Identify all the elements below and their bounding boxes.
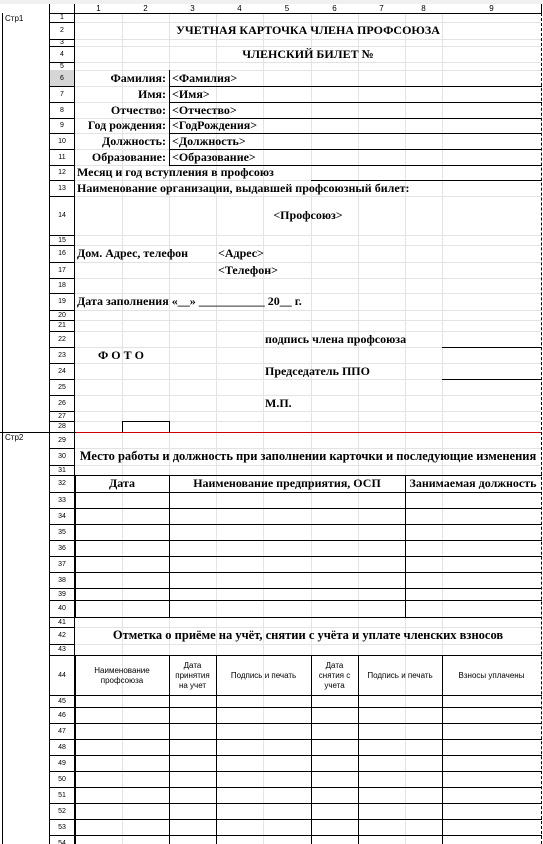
row-header[interactable]: 54 — [49, 835, 75, 844]
address-value[interactable]: <Адрес> — [218, 245, 418, 262]
work-table-cell[interactable] — [170, 541, 405, 556]
work-table-cell[interactable] — [76, 601, 169, 617]
row-header[interactable]: 38 — [49, 572, 75, 589]
dues-table-cell[interactable] — [217, 708, 311, 723]
row-header[interactable]: 2 — [49, 22, 75, 40]
dues-table-cell[interactable] — [312, 708, 358, 723]
column-header[interactable]: 6 — [311, 4, 359, 14]
field-value[interactable]: <Имя> — [172, 86, 532, 102]
dues-table-header: Взносы уплачены — [442, 656, 541, 695]
column-header[interactable]: 8 — [405, 4, 443, 14]
border-line — [442, 379, 542, 380]
row-header[interactable]: 13 — [49, 180, 75, 197]
dues-table-cell[interactable] — [359, 836, 442, 844]
dues-table-cell[interactable] — [443, 820, 541, 835]
row-header[interactable]: 48 — [49, 739, 75, 756]
row-header[interactable]: 7 — [49, 86, 75, 103]
card-title: УЧЕТНАЯ КАРТОЧКА ЧЛЕНА ПРОФСОЮЗА — [75, 22, 541, 39]
dues-table-cell[interactable] — [443, 804, 541, 819]
row-header[interactable]: 32 — [49, 475, 75, 493]
dues-table-cell[interactable] — [170, 696, 216, 707]
row-header[interactable]: 52 — [49, 803, 75, 820]
dues-table-cell[interactable] — [76, 756, 169, 771]
field-value[interactable]: <Фамилия> — [172, 70, 532, 86]
dues-table-cell[interactable] — [170, 772, 216, 787]
dues-table-cell[interactable] — [359, 804, 442, 819]
work-table-cell[interactable] — [76, 509, 169, 524]
dues-table-cell[interactable] — [359, 788, 442, 803]
dues-section-title: Отметка о приёме на учёт, снятии с учёта… — [75, 627, 541, 644]
dues-table-cell[interactable] — [312, 820, 358, 835]
dues-table-cell[interactable] — [170, 804, 216, 819]
dues-table-cell[interactable] — [170, 740, 216, 755]
dues-table-cell[interactable] — [217, 772, 311, 787]
row-header[interactable]: 49 — [49, 755, 75, 772]
dues-table-cell[interactable] — [312, 804, 358, 819]
column-header[interactable]: 1 — [75, 4, 123, 14]
column-header[interactable]: 5 — [263, 4, 312, 14]
field-label: Год рождения: — [75, 118, 166, 133]
dues-table-header: Наименование профсоюза — [75, 656, 169, 695]
row-header[interactable]: 9 — [49, 118, 75, 134]
work-table-cell[interactable] — [76, 493, 169, 508]
row-header[interactable]: 46 — [49, 707, 75, 724]
dues-table-cell[interactable] — [217, 836, 311, 844]
gridline — [75, 411, 541, 412]
row-header[interactable]: 29 — [49, 432, 75, 449]
dues-table-cell[interactable] — [217, 788, 311, 803]
work-table-cell[interactable] — [170, 589, 405, 600]
dues-table-cell[interactable] — [217, 820, 311, 835]
work-table-cell[interactable] — [76, 557, 169, 572]
dues-table-header: Дата снятия с учета — [311, 656, 358, 695]
row-header[interactable]: 17 — [49, 262, 75, 279]
field-label: Образование: — [75, 149, 166, 165]
row-header[interactable]: 36 — [49, 540, 75, 557]
row-header[interactable]: 51 — [49, 787, 75, 804]
address-label: Дом. Адрес, телефон — [77, 245, 216, 262]
org-value[interactable]: <Профсоюз> — [75, 196, 541, 235]
dues-table-cell[interactable] — [359, 740, 442, 755]
fill-date: Дата заполнения «__» ___________ 20__ г. — [77, 293, 400, 310]
field-value[interactable]: <Должность> — [172, 133, 532, 149]
gridline — [75, 62, 541, 63]
gridline — [75, 644, 541, 645]
work-table-cell[interactable] — [76, 541, 169, 556]
column-header[interactable]: 9 — [442, 4, 542, 14]
row-header[interactable]: 33 — [49, 492, 75, 509]
work-table-cell[interactable] — [406, 541, 541, 556]
dues-table-cell[interactable] — [76, 740, 169, 755]
field-label: Должность: — [75, 133, 166, 149]
dues-table-cell[interactable] — [443, 740, 541, 755]
dues-table-cell[interactable] — [76, 724, 169, 739]
row-header[interactable]: 22 — [49, 331, 75, 348]
dues-table-cell[interactable] — [76, 820, 169, 835]
work-section-title: Место работы и должность при заполнении … — [75, 448, 541, 465]
work-table-cell[interactable] — [406, 573, 541, 588]
card-subtitle: ЧЛЕНСКИЙ БИЛЕТ № — [75, 46, 541, 62]
row-header[interactable]: 44 — [49, 655, 75, 696]
work-table-header: Занимаемая должность — [405, 475, 541, 492]
row-header[interactable]: 10 — [49, 133, 75, 150]
dues-table-cell[interactable] — [217, 724, 311, 739]
page-group-1: Стр1 — [2, 13, 49, 433]
row-header[interactable]: 6 — [49, 70, 75, 87]
row-header[interactable]: 25 — [49, 379, 75, 396]
gridline — [75, 310, 541, 311]
dues-table-cell[interactable] — [170, 724, 216, 739]
dues-table-cell[interactable] — [359, 708, 442, 723]
row-header[interactable]: 26 — [49, 395, 75, 412]
border-line — [169, 70, 170, 166]
page-group-2: Стр2 — [2, 432, 49, 844]
row-header[interactable]: 16 — [49, 245, 75, 263]
work-table-cell[interactable] — [170, 509, 405, 524]
row-header[interactable]: 23 — [49, 347, 75, 364]
work-table-cell[interactable] — [406, 557, 541, 572]
field-label: Отчество: — [75, 102, 166, 118]
row-header[interactable]: 47 — [49, 723, 75, 740]
work-table-cell[interactable] — [406, 509, 541, 524]
dues-table-cell[interactable] — [76, 788, 169, 803]
dues-table-cell[interactable] — [170, 836, 216, 844]
row-header[interactable]: 37 — [49, 556, 75, 573]
dues-table-header: Подпись и печать — [216, 656, 311, 695]
dues-table-cell[interactable] — [312, 772, 358, 787]
dues-table-cell[interactable] — [217, 804, 311, 819]
gridline — [75, 465, 541, 466]
row-header[interactable]: 19 — [49, 293, 75, 311]
dues-table-cell[interactable] — [443, 708, 541, 723]
border-line — [75, 475, 542, 476]
work-table-cell[interactable] — [76, 525, 169, 540]
row-header[interactable]: 35 — [49, 524, 75, 541]
work-table-cell[interactable] — [406, 601, 541, 617]
phone-value[interactable]: <Телефон> — [218, 262, 418, 278]
work-table-cell[interactable] — [76, 573, 169, 588]
work-table-cell[interactable] — [76, 589, 169, 600]
dues-table-cell[interactable] — [312, 724, 358, 739]
member-signature-label: подпись члена профсоюза — [265, 331, 440, 347]
dues-table-cell[interactable] — [170, 756, 216, 771]
work-table-cell[interactable] — [406, 589, 541, 600]
border-line — [75, 617, 542, 618]
gridline — [75, 39, 541, 40]
gridline — [75, 235, 541, 236]
dues-table-cell[interactable] — [217, 696, 311, 707]
dues-table-cell[interactable] — [76, 772, 169, 787]
dues-table-cell[interactable] — [312, 836, 358, 844]
row-header[interactable]: 42 — [49, 627, 75, 645]
dues-table-cell[interactable] — [312, 740, 358, 755]
dues-table-cell[interactable] — [359, 724, 442, 739]
gridline — [75, 320, 541, 321]
dues-table-cell[interactable] — [312, 788, 358, 803]
dues-table-cell[interactable] — [443, 724, 541, 739]
dues-table-header: Дата принятия на учет — [169, 656, 216, 695]
border-line — [442, 347, 542, 348]
dues-table-cell[interactable] — [312, 756, 358, 771]
dues-table-cell[interactable] — [359, 756, 442, 771]
dues-table-cell[interactable] — [443, 756, 541, 771]
border-line — [0, 432, 76, 433]
field-value[interactable]: <Образование> — [172, 149, 532, 165]
dues-table-cell[interactable] — [76, 804, 169, 819]
dues-table-cell[interactable] — [443, 836, 541, 844]
row-header[interactable]: 50 — [49, 771, 75, 788]
row-header[interactable]: 24 — [49, 363, 75, 380]
dues-table-cell[interactable] — [217, 740, 311, 755]
dues-table-cell[interactable] — [359, 820, 442, 835]
dues-table-cell[interactable] — [76, 836, 169, 844]
dues-table-header: Подпись и печать — [358, 656, 442, 695]
photo-label: Ф О Т О — [98, 347, 200, 363]
org-label: Наименование организации, выдавшей профс… — [77, 180, 540, 196]
column-header[interactable]: 7 — [358, 4, 406, 14]
work-table-header: Наименование предприятия, ОСП — [169, 475, 405, 492]
row-header[interactable]: 14 — [49, 196, 75, 236]
page-break-line — [75, 432, 541, 433]
dues-table-cell[interactable] — [443, 788, 541, 803]
dues-table-cell[interactable] — [170, 788, 216, 803]
column-header[interactable]: 2 — [122, 4, 170, 14]
row-header[interactable]: 11 — [49, 149, 75, 166]
join-date-label: Месяц и год вступления в профсоюз — [77, 165, 360, 180]
dues-table-cell[interactable] — [359, 772, 442, 787]
dues-table-cell[interactable] — [217, 756, 311, 771]
work-table-header: Дата — [75, 475, 169, 492]
dues-table-cell[interactable] — [443, 696, 541, 707]
stamp-label: М.П. — [265, 395, 340, 411]
work-table-cell[interactable] — [406, 493, 541, 508]
field-label: Имя: — [75, 86, 166, 102]
dues-table-cell[interactable] — [443, 772, 541, 787]
work-table-cell[interactable] — [170, 525, 405, 540]
dues-table-cell[interactable] — [312, 696, 358, 707]
work-table-cell[interactable] — [170, 557, 405, 572]
field-value[interactable]: <Отчество> — [172, 102, 532, 118]
work-table-cell[interactable] — [170, 573, 405, 588]
field-label: Фамилия: — [75, 70, 166, 86]
chairman-label: Председатель ППО — [265, 363, 440, 379]
row-header[interactable]: 53 — [49, 819, 75, 836]
row-header[interactable]: 12 — [49, 165, 75, 181]
work-table-cell[interactable] — [170, 601, 405, 617]
dues-table-cell[interactable] — [170, 820, 216, 835]
column-header[interactable]: 3 — [169, 4, 217, 14]
row-header[interactable]: 18 — [49, 278, 75, 294]
field-value[interactable]: <ГодРождения> — [172, 118, 532, 133]
row-header[interactable]: 34 — [49, 508, 75, 525]
dues-table-cell[interactable] — [76, 696, 169, 707]
column-header[interactable]: 4 — [216, 4, 264, 14]
row-header[interactable]: 4 — [49, 46, 75, 63]
dues-table-cell[interactable] — [359, 696, 442, 707]
work-table-cell[interactable] — [406, 525, 541, 540]
row-header[interactable]: 30 — [49, 448, 75, 466]
dues-table-cell[interactable] — [76, 708, 169, 723]
work-table-cell[interactable] — [170, 493, 405, 508]
dues-table-cell[interactable] — [170, 708, 216, 723]
gridline — [75, 278, 541, 279]
row-header[interactable]: 8 — [49, 102, 75, 119]
row-header[interactable]: 40 — [49, 600, 75, 618]
